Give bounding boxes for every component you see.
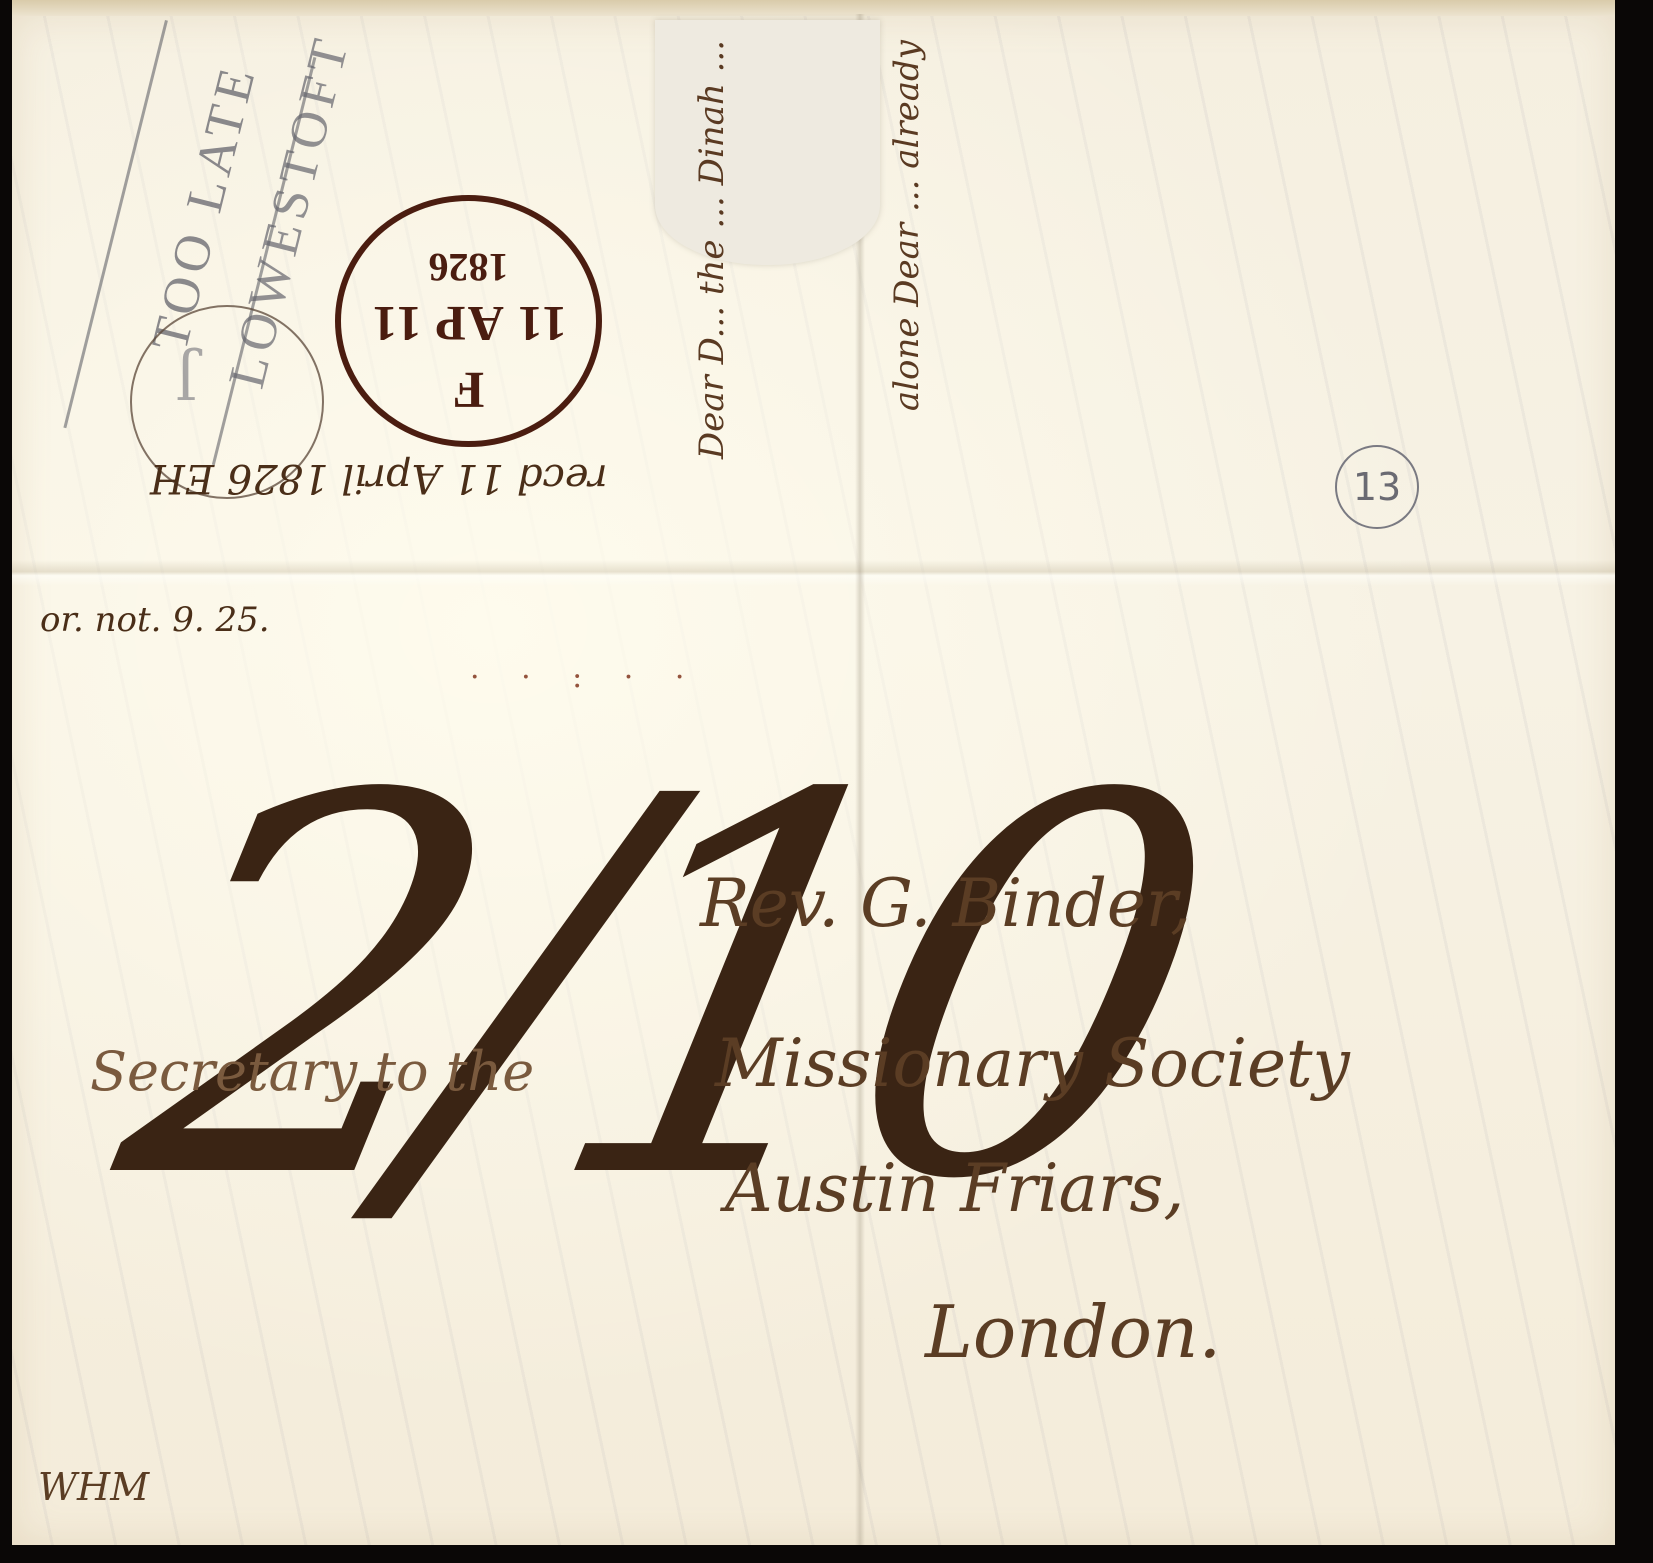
reference-note: or. not. 9. 25. <box>40 600 270 640</box>
initials: WHM <box>38 1465 149 1509</box>
received-note: recd 11 April 1826 EH <box>150 455 608 501</box>
flap-note-left: Dear D... the ... Dinah ... <box>690 40 734 459</box>
postmark-date: 11 AP 11 <box>341 295 596 353</box>
address-line-1: Rev. G. Binder, <box>700 865 1191 942</box>
address-line-4: Austin Friars, <box>725 1150 1184 1227</box>
address-line-5: London. <box>925 1290 1221 1374</box>
paper-top-edge <box>12 0 1615 16</box>
address-line-2: Secretary to the <box>90 1040 534 1103</box>
postmark-letter: F <box>341 360 596 419</box>
archive-number: 13 <box>1335 445 1419 529</box>
address-line-3: Missionary Society <box>715 1025 1350 1102</box>
date-postmark: F 11 AP 11 1826 <box>335 195 602 447</box>
circular-mark-letter: J <box>175 345 197 410</box>
horizontal-fold <box>12 560 1615 586</box>
flap-note-right: alone Dear ... already <box>885 40 929 411</box>
postmark-year: 1826 <box>341 244 596 291</box>
seal-flap <box>655 20 880 265</box>
